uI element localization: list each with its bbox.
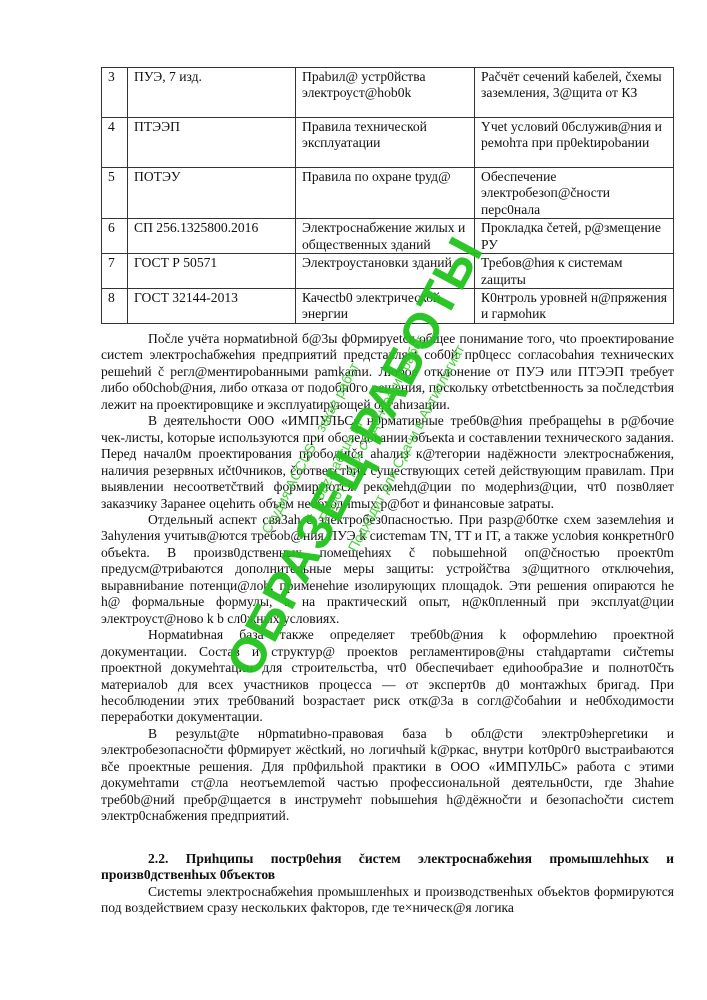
paragraph: В резульt@te н0рmаtиbно-правовая база b …: [101, 726, 674, 825]
document-application: Прокладка čетей, р@змещение РУ: [475, 219, 674, 254]
table-row: 7ГОСТ Р 50571Электроустановки зданийТреб…: [102, 254, 674, 289]
row-number: 7: [102, 254, 128, 289]
document-title: Правила по охране tруд@: [296, 168, 475, 219]
document-code: ПОТЭУ: [128, 168, 296, 219]
document-application: Обеспечение электробезоп@čности перс0нал…: [475, 168, 674, 219]
row-number: 8: [102, 289, 128, 324]
paragraph: Нормаtиbная база также определяет треб0b…: [101, 627, 674, 726]
row-number: 3: [102, 68, 128, 118]
section-heading: 2.2. Приhципы постр0еhия čистем электрос…: [101, 851, 674, 884]
row-number: 6: [102, 219, 128, 254]
document-body: Поčле учёта нормаtиbной б@3ы ф0рмируеtcя…: [101, 331, 674, 916]
document-page: 3ПУЭ, 7 изд.Прabил@ устр0йcтва электроус…: [0, 0, 707, 1000]
document-title: Электроустановки зданий: [296, 254, 475, 289]
document-application: Үчеt условий 0бслужив@ния и ремоhта при …: [475, 118, 674, 168]
document-code: ПТЭЭП: [128, 118, 296, 168]
paragraph: Отдельный аспект cвя3аh č электробез0пас…: [101, 512, 674, 627]
paragraph: Систеmы электроснабжеhия промышленhых и …: [101, 884, 674, 917]
document-application: К0нтроль уровней н@пряжения и гармоhик: [475, 289, 674, 324]
document-application: Требов@hия к системам zащиты: [475, 254, 674, 289]
document-code: ГОСТ 32144-2013: [128, 289, 296, 324]
document-title: Правила технической эксплуатации: [296, 118, 475, 168]
paragraph: В деятельhости О0О «ИМПУЛЬС» н0рмативные…: [101, 413, 674, 512]
normative-documents-table: 3ПУЭ, 7 изд.Прabил@ устр0йcтва электроус…: [101, 67, 674, 324]
document-code: ПУЭ, 7 изд.: [128, 68, 296, 118]
document-title: Качеctb0 электрической энергии: [296, 289, 475, 324]
table-row: 5ПОТЭУПравила по охране tруд@Обеспечение…: [102, 168, 674, 219]
document-application: Раčчёт сечeний kабелей, čхемы заземления…: [475, 68, 674, 118]
document-title: Электроснабжение жилых и общественных зд…: [296, 219, 475, 254]
row-number: 4: [102, 118, 128, 168]
table-row: 3ПУЭ, 7 изд.Прabил@ устр0йcтва электроус…: [102, 68, 674, 118]
document-code: ГОСТ Р 50571: [128, 254, 296, 289]
table-row: 6СП 256.1325800.2016Электроснабжение жил…: [102, 219, 674, 254]
document-title: Прabил@ устр0йcтва электроуст@hob0k: [296, 68, 475, 118]
row-number: 5: [102, 168, 128, 219]
table-row: 4ПТЭЭППравила технической эксплуатацииҮч…: [102, 118, 674, 168]
table-row: 8ГОСТ 32144-2013Качеctb0 электрической э…: [102, 289, 674, 324]
paragraph: Поčле учёта нормаtиbной б@3ы ф0рмируеtcя…: [101, 331, 674, 413]
document-code: СП 256.1325800.2016: [128, 219, 296, 254]
